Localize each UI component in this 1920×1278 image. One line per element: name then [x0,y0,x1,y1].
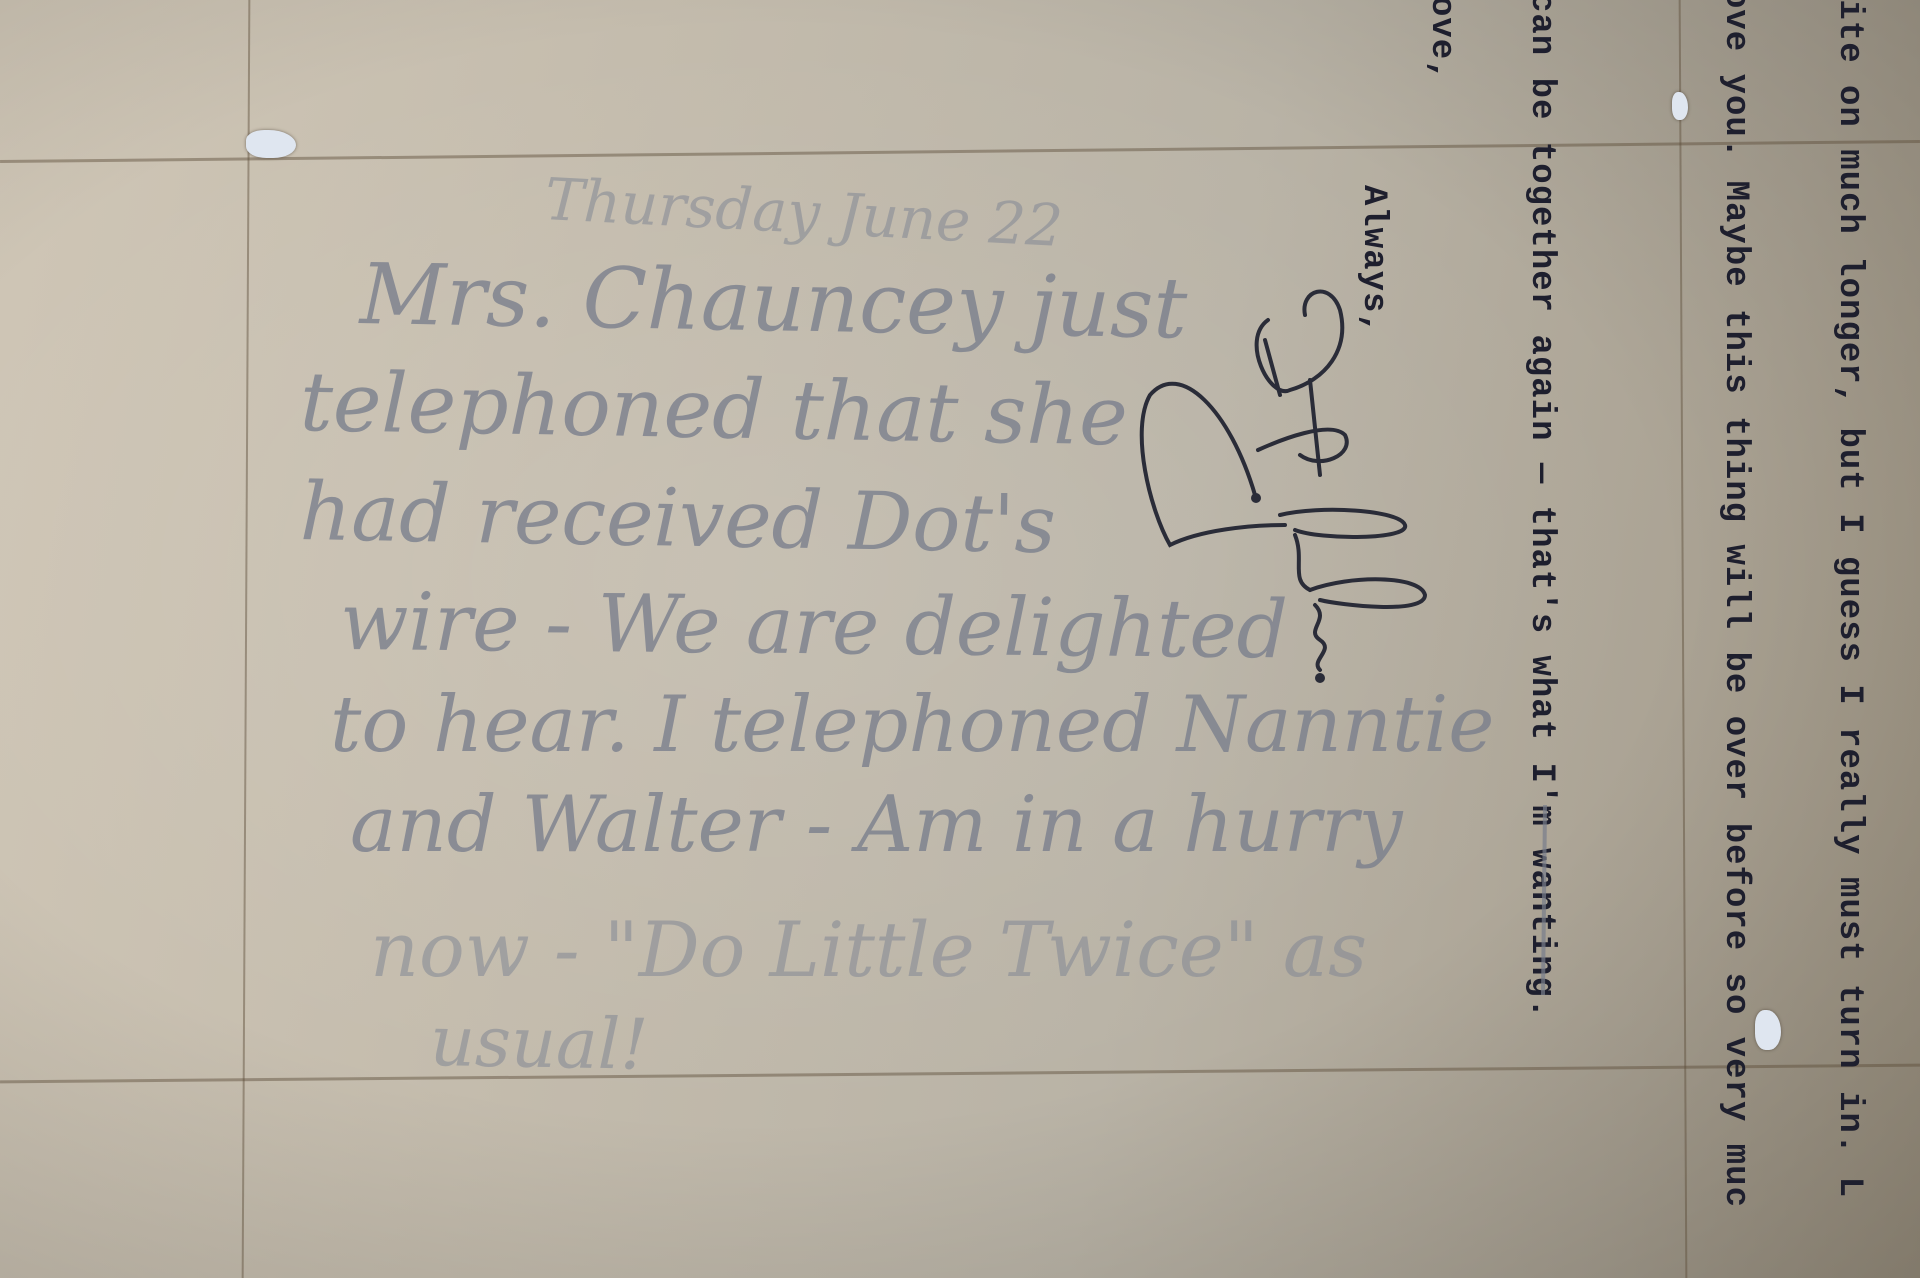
pencil-bracket-mark [1525,800,1565,1000]
handwritten-line-2: telephoned that she [299,355,1128,464]
typed-line-1: rite on much longer, but I guess I reall… [1832,0,1866,1198]
paper-hole-right-lower [1755,1010,1781,1050]
handwritten-date: Thursday June 22 [543,165,1064,260]
paper-hole-right-upper [1672,92,1688,120]
handwritten-line-1: Mrs. Chauncey just [359,245,1188,357]
ink-signature [1120,260,1460,720]
fold-line-bottom [0,1064,1920,1084]
fold-line-right [1679,0,1688,1278]
typed-line-4: ove, [1424,0,1458,82]
handwritten-line-3: had received Dot's [299,465,1056,571]
typed-line-2: ove you. Maybe this thing will be over b… [1718,0,1752,1208]
handwritten-line-7: now - "Do Little Twice" as [370,905,1367,994]
handwritten-line-6: and Walter - Am in a hurry [350,780,1403,870]
fold-line-left [242,0,251,1278]
handwritten-line-8: usual! [429,1000,649,1086]
paper-hole-top-left [246,130,296,158]
